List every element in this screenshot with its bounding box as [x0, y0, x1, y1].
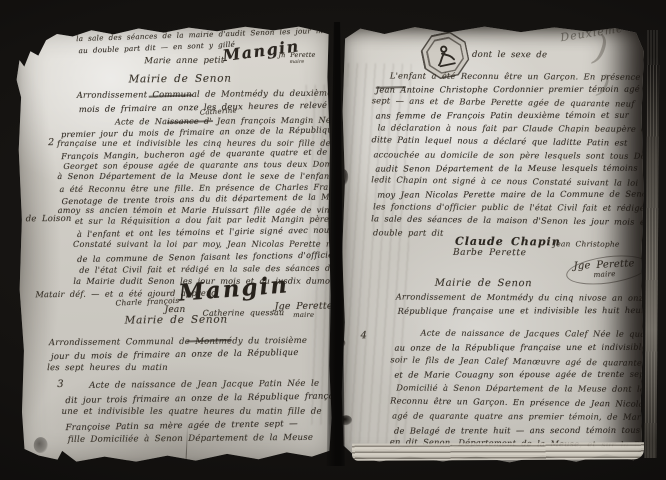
act-3-naissance-patin: Acte de naissance de Jean Jacque Patin N… — [63, 378, 332, 448]
margin-act-number-2: 2 — [48, 137, 54, 148]
signature-name: Jge Perette — [573, 259, 634, 271]
act-4-naissance-calef: Acte de naissance de Jacques Calef Née l… — [392, 326, 645, 452]
act-2-naissance-mangin: Acte de Naissance d' Jean françois Mangi… — [59, 115, 330, 217]
signature-title: maire — [574, 268, 635, 280]
handwritten-line: accouchée au domicile de son père lesque… — [373, 148, 645, 163]
signature-title: maire — [278, 59, 315, 66]
signature-perette-mid: Jge Perette maire — [275, 302, 333, 321]
signature-claude-chapin: Claude Chapin — [455, 235, 561, 249]
signature-jean-christophe: Jean Christophe — [553, 239, 620, 248]
handwritten-line: moy Jean Nicolas Perette maire de la Com… — [377, 187, 645, 201]
ink-blot — [34, 437, 48, 453]
signature-perette-right: Jge Perette maire — [573, 259, 635, 280]
arrondissement-paragraph-2: Arrondissement Communal de Montmédy du t… — [49, 335, 308, 376]
corner-note-deuxieme: Deuxième — [559, 23, 624, 44]
sexe-line: dont le sexe de — [472, 50, 547, 60]
heading-mairie-de-senon-2: Mairie de Senon — [125, 314, 228, 327]
margin-act-number-4: 4 — [360, 330, 367, 341]
handwritten-line: agé de quarante quatre ans premier témoi… — [392, 409, 645, 424]
right-page: Deuxième ) ) dont le sexe de L'enfant a … — [340, 23, 645, 465]
page-stack-edge — [645, 30, 660, 458]
left-page: la sale des séances de la mairie d'audit… — [16, 25, 334, 465]
signature-barbe-perette: Barbe Perette — [453, 248, 527, 258]
handwritten-line: ans femme de François Patin deuxième tém… — [376, 109, 646, 123]
signature-name: Jge Perette — [275, 302, 333, 312]
mention-marie-anne-petit: Marie anne petit — [144, 56, 224, 67]
signature-perette-top: Jn Perette maire — [278, 52, 315, 66]
handwritten-line: République française une et indivisible … — [398, 304, 646, 318]
handwritten-line: L'enfant a été Reconnu être un Garçon. E… — [374, 69, 645, 84]
heading-mairie-de-senon-1: Mairie de Senon — [129, 72, 232, 85]
heading-mairie-de-senon-right: Mairie de Senon — [435, 278, 533, 290]
handwritten-line: et de Marie Couagny son épouse agée de t… — [394, 368, 645, 383]
arrondissement-paragraph-right: Arrondissement de Montmédy du cinq nivos… — [396, 290, 646, 318]
register-scan: la sale des séances de la mairie d'audit… — [0, 0, 666, 480]
act-continuation-paragraph: L'enfant a été Reconnu être un Garçon. E… — [373, 69, 645, 241]
handwritten-line: à Senon Département de la Meuse dont le … — [57, 171, 329, 182]
handwritten-line: les sept heures du matin — [47, 362, 307, 375]
margin-note-de-loison: de Loison — [26, 214, 72, 224]
handwritten-line: Arrondissement de Montmédy du cinq nivos… — [396, 290, 645, 305]
page-stack-bottom-edge — [352, 442, 644, 461]
handwritten-line: Acte de naissance de Jacques Calef Née l… — [392, 326, 645, 341]
